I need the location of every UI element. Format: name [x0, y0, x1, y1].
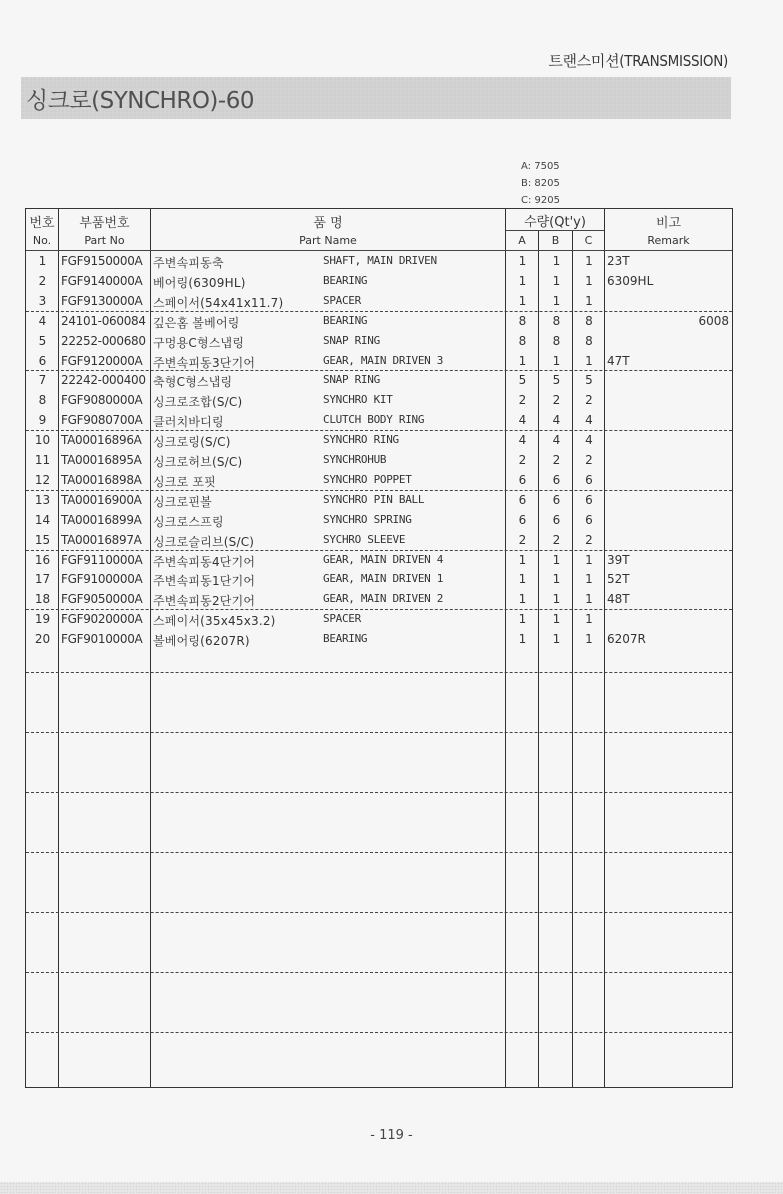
part-number: FGF9100000A	[61, 572, 142, 586]
part-name-english: SHAFT, MAIN DRIVEN	[323, 254, 437, 267]
header-part-name-kor: 품 명	[151, 212, 505, 231]
empty-group-separator	[26, 972, 732, 973]
header-qty-a: A	[506, 234, 538, 247]
part-name-korean: 축형C형스냅링	[153, 373, 232, 390]
part-number: TA00016895A	[61, 453, 142, 467]
empty-group-separator	[26, 912, 732, 913]
model-c: C: 9205	[521, 192, 560, 209]
part-name-korean: 싱크로허브(S/C)	[153, 453, 242, 470]
remark: 6309HL	[607, 274, 729, 288]
remark: 48T	[607, 592, 729, 606]
qty-b: 1	[540, 592, 573, 606]
part-name-korean: 베어링(6309HL)	[153, 274, 246, 291]
qty-b: 1	[540, 254, 573, 268]
qty-b: 6	[540, 473, 573, 487]
part-name-english: SYNCHRO SPRING	[323, 513, 412, 526]
row-number: 12	[26, 473, 59, 487]
row-number: 17	[26, 572, 59, 586]
part-number: FGF9080700A	[61, 413, 142, 427]
part-number: 22242-000400	[61, 373, 146, 387]
part-name-korean: 싱크로스프링	[153, 513, 224, 530]
part-name-korean: 싱크로 포핏	[153, 473, 216, 490]
header-no-eng: No.	[26, 234, 58, 247]
part-number: TA00016900A	[61, 493, 142, 507]
header-part-no-kor: 부품번호	[59, 212, 150, 231]
qty-a: 1	[506, 592, 539, 606]
header-part-no-eng: Part No	[59, 234, 150, 247]
header-part-name-eng: Part Name	[151, 234, 505, 247]
part-name-english: CLUTCH BODY RING	[323, 413, 424, 426]
header-no-kor: 번호	[26, 212, 58, 231]
part-name-english: SYNCHROHUB	[323, 453, 386, 466]
group-separator	[26, 370, 732, 371]
table-row: 1FGF9150000A주변속피동축SHAFT, MAIN DRIVEN1112…	[26, 252, 732, 272]
part-number: FGF9020000A	[61, 612, 142, 626]
part-number: FGF9140000A	[61, 274, 142, 288]
table-row: 424101-060084깊은홈 볼베어링BEARING8886008	[26, 312, 732, 332]
qty-a: 1	[506, 354, 539, 368]
table-row: 13TA00016900A싱크로핀볼SYNCHRO PIN BALL666	[26, 491, 732, 511]
empty-group-separator	[26, 852, 732, 853]
model-b: B: 8205	[521, 175, 560, 192]
header-qty: 수량(Qt'y)	[506, 211, 604, 230]
group-separator	[26, 430, 732, 431]
header-bottom-line	[26, 250, 732, 251]
part-name-korean: 볼베어링(6207R)	[153, 632, 250, 649]
scan-edge	[0, 1182, 783, 1194]
qty-b: 2	[540, 533, 573, 547]
qty-a: 6	[506, 493, 539, 507]
qty-c: 2	[573, 393, 605, 407]
header-qty-b: B	[539, 234, 572, 247]
part-number: FGF9130000A	[61, 294, 142, 308]
qty-c: 1	[573, 572, 605, 586]
qty-a: 8	[506, 314, 539, 328]
group-separator	[26, 311, 732, 312]
row-number: 16	[26, 553, 59, 567]
qty-c: 1	[573, 294, 605, 308]
page-number: - 119 -	[0, 1128, 783, 1143]
table-row: 19FGF9020000A스페이서(35x45x3.2)SPACER111	[26, 610, 732, 630]
qty-a: 8	[506, 334, 539, 348]
row-number: 20	[26, 632, 59, 646]
part-name-english: BEARING	[323, 632, 367, 645]
qty-c: 8	[573, 334, 605, 348]
empty-group-separator	[26, 792, 732, 793]
remark: 6008	[607, 314, 729, 328]
qty-b: 6	[540, 513, 573, 527]
remark: 6207R	[607, 632, 729, 646]
model-legend: A: 7505 B: 8205 C: 9205	[521, 158, 560, 209]
table-row: 14TA00016899A싱크로스프링SYNCHRO SPRING666	[26, 511, 732, 531]
model-a: A: 7505	[521, 158, 560, 175]
row-number: 11	[26, 453, 59, 467]
part-name-english: SNAP RING	[323, 334, 380, 347]
group-separator	[26, 490, 732, 491]
part-name-english: GEAR, MAIN DRIVEN 3	[323, 354, 443, 367]
row-number: 14	[26, 513, 59, 527]
table-row: 12TA00016898A싱크로 포핏SYNCHRO POPPET666	[26, 471, 732, 491]
page-title: 싱크로(SYNCHRO)-60	[26, 82, 254, 115]
part-number: FGF9150000A	[61, 254, 142, 268]
qty-b: 5	[540, 373, 573, 387]
qty-header-divider	[505, 230, 604, 231]
part-number: TA00016898A	[61, 473, 142, 487]
part-name-english: SYNCHRO PIN BALL	[323, 493, 424, 506]
qty-b: 1	[540, 553, 573, 567]
qty-c: 4	[573, 433, 605, 447]
part-name-korean: 주변속피동4단기어	[153, 553, 255, 570]
table-row: 15TA00016897A싱크로슬리브(S/C)SYCHRO SLEEVE222	[26, 531, 732, 551]
part-number: 24101-060084	[61, 314, 146, 328]
header-qty-c: C	[573, 234, 604, 247]
qty-b: 1	[540, 572, 573, 586]
qty-c: 1	[573, 553, 605, 567]
part-number: FGF9050000A	[61, 592, 142, 606]
qty-b: 1	[540, 294, 573, 308]
part-name-korean: 싱크로조합(S/C)	[153, 393, 242, 410]
qty-a: 1	[506, 632, 539, 646]
table-row: 2FGF9140000A베어링(6309HL)BEARING1116309HL	[26, 272, 732, 292]
qty-c: 2	[573, 453, 605, 467]
part-number: TA00016899A	[61, 513, 142, 527]
qty-a: 1	[506, 294, 539, 308]
part-name-english: SNAP RING	[323, 373, 380, 386]
table-row: 16FGF9110000A주변속피동4단기어GEAR, MAIN DRIVEN …	[26, 551, 732, 571]
part-name-english: SPACER	[323, 612, 361, 625]
table-row: 18FGF9050000A주변속피동2단기어GEAR, MAIN DRIVEN …	[26, 590, 732, 610]
part-name-korean: 주변속피동3단기어	[153, 354, 255, 371]
parts-table: 번호 No. 부품번호 Part No 품 명 Part Name 수량(Qt'…	[25, 208, 733, 1088]
part-number: FGF9080000A	[61, 393, 142, 407]
qty-c: 6	[573, 493, 605, 507]
header-remark-kor: 비고	[605, 212, 732, 231]
part-name-english: SYNCHRO POPPET	[323, 473, 412, 486]
qty-b: 6	[540, 493, 573, 507]
qty-a: 1	[506, 254, 539, 268]
table-row: 522252-000680구멍용C형스냅링SNAP RING888	[26, 332, 732, 352]
part-name-korean: 주변속피동1단기어	[153, 572, 255, 589]
row-number: 8	[26, 393, 59, 407]
part-name-english: BEARING	[323, 314, 367, 327]
section-title: 트랜스미션(TRANSMISSION)	[528, 50, 728, 71]
qty-a: 1	[506, 612, 539, 626]
part-name-korean: 스페이서(54x41x11.7)	[153, 294, 283, 311]
row-number: 9	[26, 413, 59, 427]
part-name-korean: 스페이서(35x45x3.2)	[153, 612, 276, 629]
part-name-korean: 싱크로슬리브(S/C)	[153, 533, 254, 550]
part-name-english: GEAR, MAIN DRIVEN 4	[323, 553, 443, 566]
table-row: 3FGF9130000A스페이서(54x41x11.7)SPACER111	[26, 292, 732, 312]
qty-b: 1	[540, 612, 573, 626]
part-name-korean: 싱크로핀볼	[153, 493, 212, 510]
qty-b: 4	[540, 433, 573, 447]
empty-group-separator	[26, 732, 732, 733]
part-number: 22252-000680	[61, 334, 146, 348]
table-row: 17FGF9100000A주변속피동1단기어GEAR, MAIN DRIVEN …	[26, 570, 732, 590]
part-name-korean: 주변속피동2단기어	[153, 592, 255, 609]
qty-a: 2	[506, 533, 539, 547]
qty-a: 6	[506, 473, 539, 487]
qty-a: 2	[506, 453, 539, 467]
qty-a: 6	[506, 513, 539, 527]
part-name-korean: 클러치바디링	[153, 413, 224, 430]
qty-b: 1	[540, 354, 573, 368]
table-row: 20FGF9010000A볼베어링(6207R)BEARING1116207R	[26, 630, 732, 650]
header-remark-eng: Remark	[605, 234, 732, 247]
part-name-korean: 싱크로링(S/C)	[153, 433, 231, 450]
group-separator	[26, 609, 732, 610]
part-number: FGF9120000A	[61, 354, 142, 368]
qty-b: 4	[540, 413, 573, 427]
part-name-english: SYNCHRO KIT	[323, 393, 393, 406]
qty-c: 2	[573, 533, 605, 547]
part-number: TA00016896A	[61, 433, 142, 447]
qty-c: 1	[573, 632, 605, 646]
qty-c: 1	[573, 274, 605, 288]
table-row: 8FGF9080000A싱크로조합(S/C)SYNCHRO KIT222	[26, 391, 732, 411]
qty-c: 4	[573, 413, 605, 427]
table-row: 6FGF9120000A주변속피동3단기어GEAR, MAIN DRIVEN 3…	[26, 352, 732, 372]
qty-b: 1	[540, 274, 573, 288]
part-number: FGF9010000A	[61, 632, 142, 646]
part-name-english: SYNCHRO RING	[323, 433, 399, 446]
part-name-korean: 깊은홈 볼베어링	[153, 314, 240, 331]
qty-a: 4	[506, 413, 539, 427]
row-number: 5	[26, 334, 59, 348]
qty-a: 1	[506, 553, 539, 567]
qty-b: 2	[540, 453, 573, 467]
qty-a: 2	[506, 393, 539, 407]
qty-c: 1	[573, 592, 605, 606]
qty-a: 4	[506, 433, 539, 447]
qty-a: 1	[506, 572, 539, 586]
part-name-english: BEARING	[323, 274, 367, 287]
qty-a: 1	[506, 274, 539, 288]
row-number: 1	[26, 254, 59, 268]
qty-b: 2	[540, 393, 573, 407]
table-row: 10TA00016896A싱크로링(S/C)SYNCHRO RING444	[26, 431, 732, 451]
qty-c: 1	[573, 354, 605, 368]
part-name-korean: 구멍용C형스냅링	[153, 334, 244, 351]
row-number: 13	[26, 493, 59, 507]
row-number: 7	[26, 373, 59, 387]
row-number: 19	[26, 612, 59, 626]
qty-c: 1	[573, 612, 605, 626]
group-separator	[26, 550, 732, 551]
qty-b: 8	[540, 314, 573, 328]
part-name-english: GEAR, MAIN DRIVEN 1	[323, 572, 443, 585]
part-number: TA00016897A	[61, 533, 142, 547]
qty-c: 8	[573, 314, 605, 328]
row-number: 15	[26, 533, 59, 547]
row-number: 4	[26, 314, 59, 328]
table-row: 11TA00016895A싱크로허브(S/C)SYNCHROHUB222	[26, 451, 732, 471]
table-row: 722242-000400축형C형스냅링SNAP RING555	[26, 371, 732, 391]
qty-c: 6	[573, 473, 605, 487]
table-row: 9FGF9080700A클러치바디링CLUTCH BODY RING444	[26, 411, 732, 431]
qty-b: 1	[540, 632, 573, 646]
part-name-english: GEAR, MAIN DRIVEN 2	[323, 592, 443, 605]
part-name-korean: 주변속피동축	[153, 254, 224, 271]
row-number: 3	[26, 294, 59, 308]
qty-c: 5	[573, 373, 605, 387]
empty-group-separator	[26, 1032, 732, 1033]
empty-group-separator	[26, 672, 732, 673]
part-number: FGF9110000A	[61, 553, 142, 567]
row-number: 10	[26, 433, 59, 447]
remark: 47T	[607, 354, 729, 368]
row-number: 6	[26, 354, 59, 368]
remark: 23T	[607, 254, 729, 268]
remark: 52T	[607, 572, 729, 586]
remark: 39T	[607, 553, 729, 567]
qty-c: 6	[573, 513, 605, 527]
qty-a: 5	[506, 373, 539, 387]
part-name-english: SPACER	[323, 294, 361, 307]
row-number: 2	[26, 274, 59, 288]
part-name-english: SYCHRO SLEEVE	[323, 533, 405, 546]
qty-c: 1	[573, 254, 605, 268]
qty-b: 8	[540, 334, 573, 348]
row-number: 18	[26, 592, 59, 606]
